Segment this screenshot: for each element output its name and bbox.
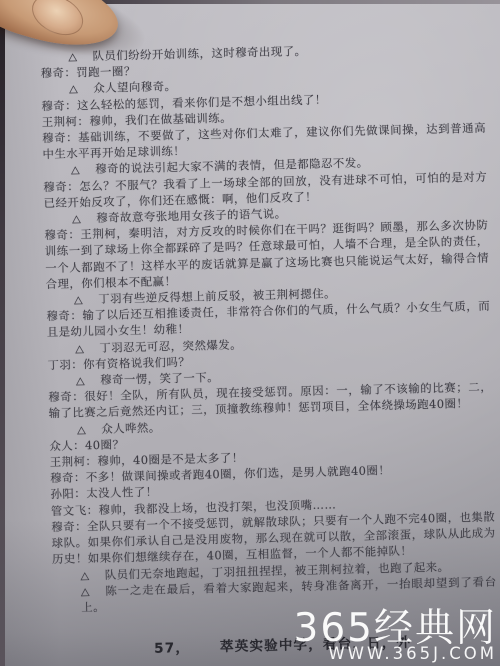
- speaker-name: 穆奇：: [40, 66, 76, 81]
- triangle-marker: △: [77, 422, 87, 437]
- speaker-name: 穆奇：: [48, 390, 84, 405]
- speaker-name: 穆奇：: [51, 519, 87, 534]
- dialogue-text: 太没人性了！: [86, 485, 158, 501]
- script-text: △队员们纷纷开始训练，这时穆奇出现了。穆奇：罚跑一圈？△众人望向穆奇。穆奇：这么…: [40, 39, 498, 660]
- speaker-name: 穆奇：: [42, 130, 78, 145]
- dialogue-text: 40圈？: [85, 437, 125, 452]
- dialogue-text: 你有资格说我们吗？: [83, 355, 190, 372]
- triangle-marker: △: [74, 292, 84, 307]
- fingernail: [25, 0, 89, 43]
- speaker-name: 管文飞：: [51, 503, 99, 518]
- direction-text: 穆奇一愣，笑了一下。: [100, 370, 219, 387]
- photo-of-book-page: △队员们纷纷开始训练，这时穆奇出现了。穆奇：罚跑一圈？△众人望向穆奇。穆奇：这么…: [0, 0, 500, 666]
- speaker-name: 穆奇：: [41, 98, 77, 113]
- speaker-name: 穆奇：: [50, 471, 86, 486]
- dialogue-line: 穆奇：王荆柯，秦明洁，对方反攻的时候你们在干吗？逛街吗？顾墨，那么多次协防训练一…: [44, 217, 489, 292]
- watermark-site-name: 365经典网: [294, 608, 497, 649]
- triangle-marker: △: [71, 163, 81, 178]
- direction-text: 众人望向穆奇。: [93, 79, 177, 95]
- triangle-marker: △: [80, 568, 90, 583]
- direction-text: 丁羽忍无可忍，突然爆发。: [99, 337, 242, 354]
- triangle-marker: △: [81, 584, 91, 599]
- direction-text: 众人哗然。: [101, 420, 161, 435]
- speaker-name: 丁羽：: [47, 357, 83, 372]
- triangle-marker: △: [72, 211, 82, 226]
- speaker-name: 孙阳：: [50, 487, 86, 502]
- speaker-name: 众人：: [49, 438, 85, 453]
- speaker-name: 穆奇：: [43, 179, 79, 194]
- dialogue-text: 王荆柯，秦明洁，对方反攻的时候你们在干吗？逛街吗？顾墨，那么多次协防训练一到了球…: [45, 218, 490, 291]
- page-left-edge: [0, 0, 5, 666]
- triangle-marker: △: [76, 373, 86, 388]
- speaker-name: 穆奇：: [46, 309, 82, 324]
- speaker-name: 王荆柯：: [50, 454, 98, 469]
- triangle-marker: △: [69, 82, 79, 97]
- watermark-site-url: WWW.365J.COM: [294, 645, 497, 663]
- speaker-name: 王荆柯：: [42, 114, 90, 129]
- scene-number: 57，: [154, 640, 190, 657]
- watermark: 365经典网 WWW.365J.COM: [294, 608, 497, 663]
- speaker-name: 穆奇：: [44, 228, 80, 243]
- triangle-marker: △: [75, 341, 85, 356]
